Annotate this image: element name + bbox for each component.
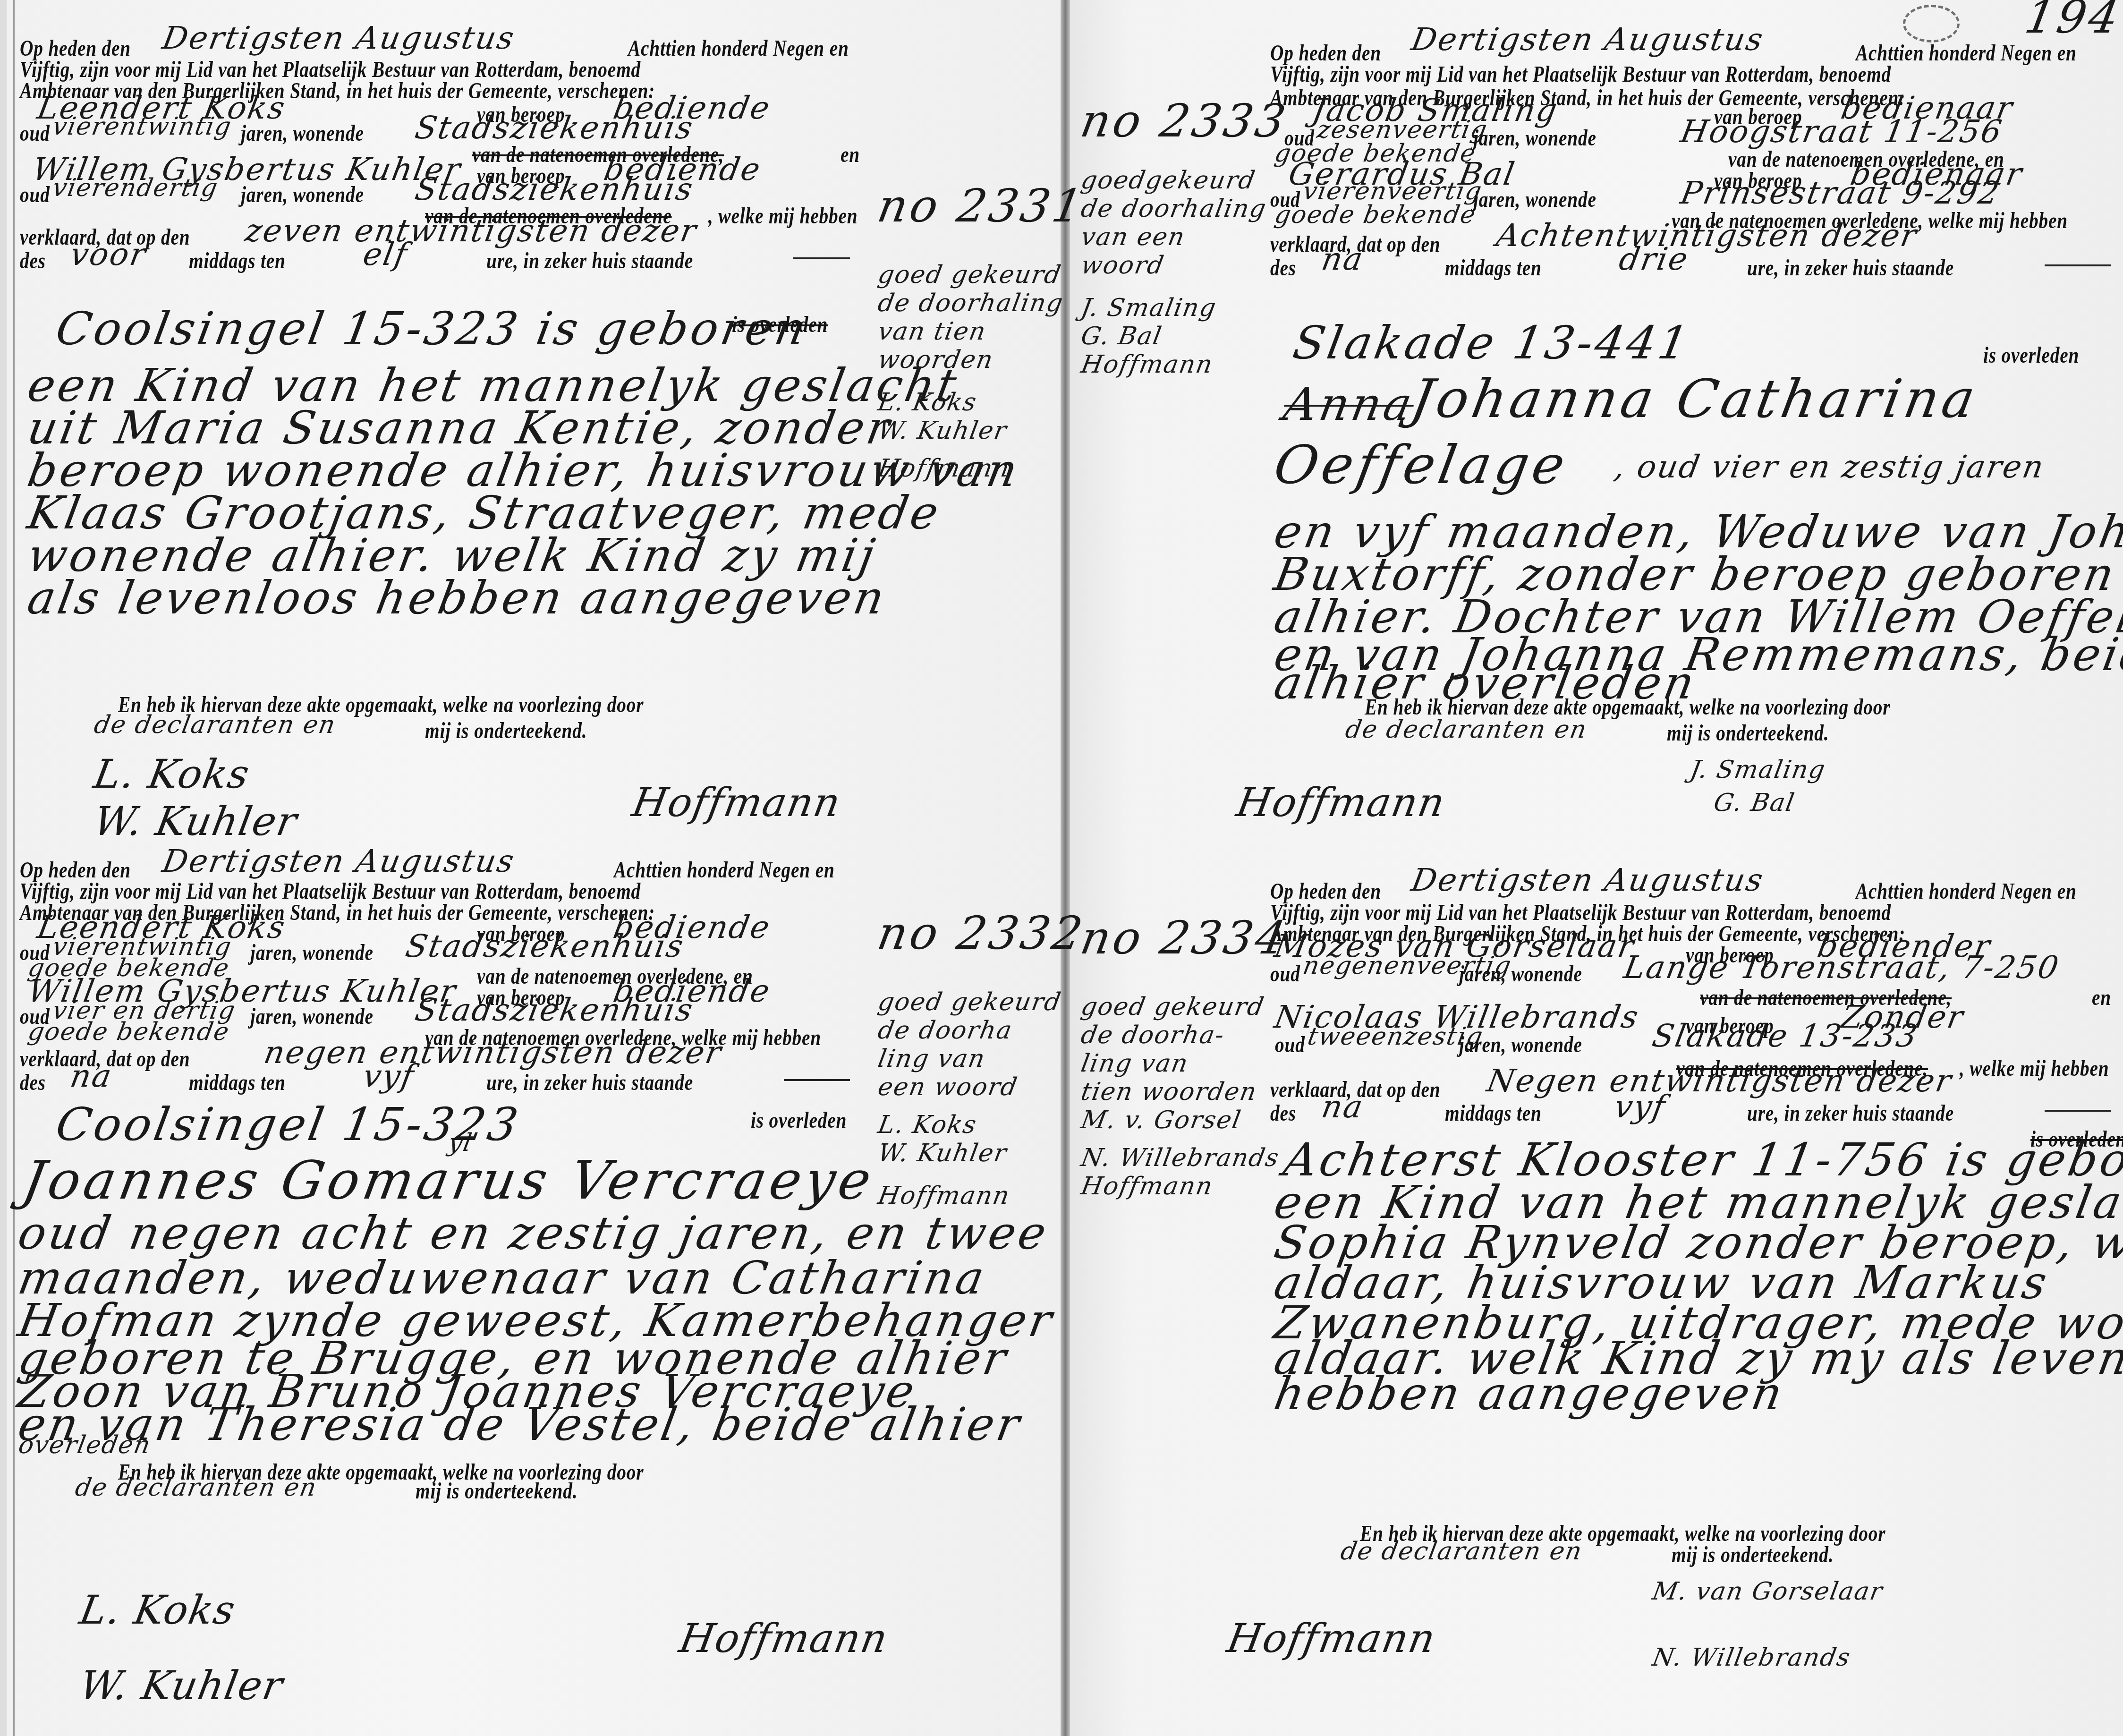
time-part: na bbox=[68, 1058, 115, 1094]
label-middags-ten: middags ten bbox=[1445, 255, 1542, 281]
label-des: des bbox=[20, 1070, 46, 1096]
margin-signature: Hoffmann bbox=[1079, 1172, 1290, 1200]
margin-note-line: de doorha- bbox=[1079, 1021, 1290, 1049]
margin-signature: W. Kuhler bbox=[876, 1139, 1087, 1167]
page-edge bbox=[0, 0, 7, 1736]
day-written: Achtentwintigsten dezer bbox=[1494, 217, 1920, 254]
address: Coolsingel 15-323 is geboren bbox=[52, 302, 812, 355]
body-line: en van Theresia de Vestel, beide alhier bbox=[14, 1398, 1026, 1451]
label-ure: ure, in zeker huis staande bbox=[1747, 1100, 1954, 1126]
label-is-overleden: is overleden bbox=[751, 1107, 847, 1133]
signature: W. Kuhler bbox=[90, 798, 301, 844]
address: Slakade 13-441 bbox=[1289, 316, 1695, 369]
signature: L. Koks bbox=[90, 751, 254, 797]
margin-note-line: woord bbox=[1079, 251, 1290, 280]
deceased-surname: Oeffelage bbox=[1270, 434, 1573, 496]
is-overleden-struck: is overleden bbox=[732, 312, 828, 338]
hour-written: elf bbox=[360, 236, 411, 272]
margin-annotation: no 2334 goed gekeurd de doorha- ling van… bbox=[1081, 911, 1287, 1200]
margin-note-line: een woord bbox=[876, 1073, 1087, 1101]
label-oud: oud bbox=[20, 182, 50, 208]
label-ure: ure, in zeker huis staande bbox=[1747, 255, 1954, 281]
margin-signature: L. Koks bbox=[876, 1111, 1087, 1139]
signature: G. Bal bbox=[1712, 789, 1797, 817]
margin-note-line: de doorhaling bbox=[876, 289, 1087, 317]
margin-signature: Hoffmann bbox=[876, 454, 1087, 483]
label-jaren-wonende: jaren, wonende bbox=[1473, 187, 1596, 213]
margin-annotation: no 2332 goed gekeurd de doorha ling van … bbox=[878, 907, 1084, 1210]
declarant2-age: vierendertig bbox=[51, 174, 221, 202]
time-part: na bbox=[1319, 1089, 1367, 1125]
declarant1-residence: Hoogstraat 11-256 bbox=[1678, 113, 2005, 150]
margin-note-line: de doorha bbox=[876, 1016, 1087, 1045]
margin-note-line: de doorhaling bbox=[1079, 195, 1290, 223]
record-number: no 2332 bbox=[874, 907, 1089, 960]
closing-hand: de declaranten en bbox=[1339, 1537, 1585, 1566]
signature: W. Kuhler bbox=[76, 1662, 287, 1709]
record-number: no 2334 bbox=[1077, 911, 1292, 964]
blank-rule bbox=[784, 1079, 850, 1081]
closing-hand: de declaranten en bbox=[92, 711, 338, 739]
hour-written: vyf bbox=[1612, 1089, 1669, 1125]
margin-note-line: goed gekeurd bbox=[1079, 993, 1290, 1021]
label-jaren-wonende: jaren, wonende bbox=[1459, 961, 1582, 987]
body-line: hebben aangegeven bbox=[1270, 1367, 1789, 1420]
label-is-overleden: is overleden bbox=[1983, 342, 2079, 368]
time-part: na bbox=[1319, 241, 1367, 277]
preamble-line1b: Achttien honderd Negen en bbox=[628, 35, 849, 61]
blank-rule bbox=[2045, 1110, 2111, 1112]
record-number: no 2333 bbox=[1077, 94, 1292, 147]
margin-signature: Hoffmann bbox=[876, 1182, 1087, 1210]
hour-written: vyf bbox=[360, 1058, 418, 1094]
archive-stamp-icon bbox=[1903, 5, 1960, 43]
page-edge-line bbox=[13, 0, 15, 1736]
record-number: no 2331 bbox=[874, 179, 1089, 232]
declarant2-residence: Prinsestraat 9-292 bbox=[1678, 175, 2003, 211]
margin-note-line: goedgekeurd bbox=[1079, 166, 1290, 195]
declarant2-residence: Slakade 13-233 bbox=[1649, 1018, 1921, 1054]
margin-note-line: van tien bbox=[876, 317, 1087, 346]
margin-signature: G. Bal bbox=[1079, 322, 1290, 350]
label-middags-ten: middags ten bbox=[189, 1070, 286, 1096]
label-jaren-wonende: jaren, wonende bbox=[241, 182, 364, 208]
date-written: Dertigsten Augustus bbox=[1409, 21, 1767, 58]
label-ure: ure, in zeker huis staande bbox=[486, 248, 693, 274]
declarant1-age: vierentwintig bbox=[51, 112, 234, 141]
margin-note-line: ling van bbox=[1079, 1049, 1290, 1078]
signature: Hoffmann bbox=[1233, 779, 1449, 825]
day-written: negen entwintigsten dezer bbox=[261, 1034, 725, 1071]
signature: J. Smaling bbox=[1688, 756, 1828, 784]
declarant2-residence: Stadsziekenhuis bbox=[412, 992, 696, 1028]
date-written: Dertigsten Augustus bbox=[160, 20, 518, 56]
margin-signature: M. v. Gorsel bbox=[1079, 1106, 1290, 1134]
signature: Hoffmann bbox=[628, 779, 844, 825]
label-jaren-wonende: jaren, wonende bbox=[241, 120, 364, 146]
blank-rule bbox=[793, 257, 850, 259]
label-jaren-wonende: jaren, wonende bbox=[1473, 125, 1596, 151]
day-written: zeven entwintigsten dezer bbox=[242, 213, 700, 249]
margin-signature: L. Koks bbox=[876, 388, 1087, 417]
day-written: Negen entwintigsten dezer bbox=[1484, 1063, 1955, 1099]
deceased-name: Joannes Gomarus Vercraeye bbox=[18, 1150, 880, 1211]
declarant1-residence: Lange Torenstraat, 7-250 bbox=[1621, 949, 2063, 986]
label-en: en bbox=[2092, 985, 2111, 1011]
closing-hand: de declaranten en bbox=[1343, 715, 1589, 744]
margin-note-line: goed gekeurd bbox=[876, 261, 1087, 289]
margin-note-line: woorden bbox=[876, 346, 1087, 374]
preamble-line1b: Achttien honderd Negen en bbox=[614, 857, 835, 883]
margin-signature: W. Kuhler bbox=[876, 417, 1087, 445]
margin-signature: J. Smaling bbox=[1079, 294, 1290, 322]
signature: L. Koks bbox=[76, 1587, 239, 1633]
is-overleden-struck: is overleden bbox=[2030, 1126, 2123, 1152]
declarant2-relation: goede bekende bbox=[1273, 201, 1478, 229]
label-middags-ten: middags ten bbox=[1445, 1100, 1542, 1126]
closing-line2: mij is onderteekend. bbox=[425, 718, 587, 744]
hour-written: drie bbox=[1616, 241, 1692, 277]
margin-note-line: goed gekeurd bbox=[876, 988, 1087, 1016]
label-welke: , welke mij hebben bbox=[708, 203, 858, 229]
signature: N. Willebrands bbox=[1650, 1643, 1853, 1672]
closing-hand: de declaranten en bbox=[73, 1473, 319, 1502]
label-welke: , welke mij hebben bbox=[1960, 1055, 2109, 1081]
margin-signature: N. Willebrands bbox=[1079, 1144, 1290, 1172]
body-line: overleden bbox=[17, 1431, 153, 1459]
label-ure: ure, in zeker huis staande bbox=[486, 1070, 693, 1096]
label-jaren-wonende: jaren, wonende bbox=[1459, 1032, 1582, 1058]
margin-note-line: ling van bbox=[876, 1045, 1087, 1073]
label-oud: oud bbox=[20, 120, 50, 146]
closing-line2: mij is onderteekend. bbox=[1667, 720, 1829, 746]
deceased-name: Johanna Catharina bbox=[1407, 368, 1983, 430]
time-part: voor bbox=[68, 236, 150, 272]
declarant1-residence: Stadsziekenhuis bbox=[412, 110, 696, 146]
margin-note-line: van een bbox=[1079, 223, 1290, 251]
signature: M. van Gorselaar bbox=[1650, 1577, 1885, 1606]
declarant1-residence: Stadsziekenhuis bbox=[403, 928, 687, 964]
label-des: des bbox=[20, 248, 46, 274]
closing-line2: mij is onderteekend. bbox=[416, 1478, 577, 1504]
signature: Hoffmann bbox=[1223, 1615, 1439, 1661]
date-written: Dertigsten Augustus bbox=[160, 843, 518, 879]
margin-annotation: no 2333 goedgekeurd de doorhaling van ee… bbox=[1081, 94, 1287, 379]
blank-rule bbox=[2045, 264, 2111, 266]
declarant2-relation: goede bekende bbox=[26, 1018, 232, 1046]
body-line: als levenloos hebben aangegeven bbox=[24, 571, 891, 624]
label-jaren-wonende: jaren, wonende bbox=[250, 1004, 374, 1030]
preamble-line2: Vijftig, zijn voor mij Lid van het Plaat… bbox=[1270, 61, 1891, 87]
deceased-struck: Anna bbox=[1280, 378, 1418, 431]
body-line: , oud vier en zestig jaren bbox=[1612, 449, 2047, 485]
label-en: en bbox=[841, 142, 860, 168]
declarant2-residence: Stadsziekenhuis bbox=[412, 171, 696, 207]
date-written: Dertigsten Augustus bbox=[1409, 862, 1767, 898]
margin-note-line: tien woorden bbox=[1079, 1078, 1290, 1106]
closing-line2: mij is onderteekend. bbox=[1672, 1542, 1834, 1568]
margin-signature: Hoffmann bbox=[1079, 350, 1290, 379]
folio-number: 194 bbox=[2021, 0, 2123, 43]
declarant2-age: tweeenzestig bbox=[1306, 1022, 1486, 1051]
label-middags-ten: middags ten bbox=[189, 248, 286, 274]
margin-annotation: no 2331 goed gekeurd de doorhaling van t… bbox=[878, 179, 1084, 483]
label-jaren-wonende: jaren, wonende bbox=[250, 940, 374, 966]
signature: Hoffmann bbox=[676, 1615, 892, 1661]
